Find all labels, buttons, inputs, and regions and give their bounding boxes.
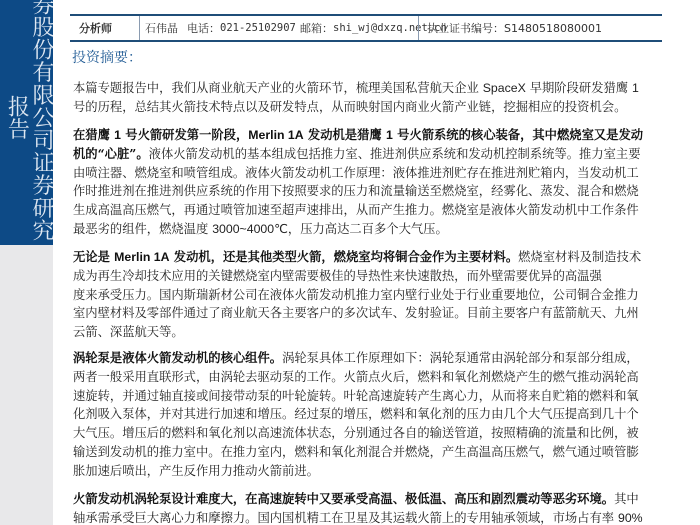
analyst-label: 分析师: [70, 16, 140, 40]
text-run: 号的历程，总结其火箭技术特点以及研发特点，从而映射国内商业火箭产业链，挖掘相应的…: [73, 100, 626, 114]
paragraph-turbopump-difficulty: 火箭发动机涡轮泵设计难度大，在高速旋转中又要承受高温、极低温、高压和剧烈震动等恶…: [73, 490, 648, 525]
paragraph-line: 由喷注器、燃烧室和喷管组成。液体火箭发动机工作原理：液体推进剂贮存在推进剂贮箱内…: [73, 164, 648, 183]
paragraph-line: 度来承受压力。国内斯瑞新材公司在液体火箭发动机推力室内壁行业处于行业重要地位，公…: [73, 286, 648, 305]
email-label: 邮箱：: [300, 20, 333, 36]
text-run: 生成高温高压燃气，再通过喷管加速至超声速排出，从而产生推力。燃烧室是液体火箭发动…: [73, 203, 639, 217]
paragraph-line: 速旋转，并通过轴直接或间接带动泵的叶轮旋转。叶轮高速旋转产生离心力，从而将来自贮…: [73, 387, 648, 406]
paragraph-line: 大气压。增压后的燃料和氧化剂以高速流体状态，分别通过各自的输送管道，按照精确的流…: [73, 424, 648, 443]
paragraph-line: 室内壁材料及零部件通过了商业航天各主要客户的多次试车、发射验证。目前主要客户有蓝…: [73, 304, 648, 323]
paragraph-line: 在猎鹰 1 号火箭研发第一阶段，Merlin 1A 发动机是猎鹰 1 号火箭系统…: [73, 126, 648, 145]
paragraph-line: 机的“心脏”。液体火箭发动机的基本组成包括推力室、推进剂供应系统和发动机控制系统…: [73, 145, 648, 164]
paragraph-line: 最恶劣的组件，燃烧温度 3000~4000℃，压力高达二百多个大气压。: [73, 220, 648, 239]
text-run: 液体火箭发动机的基本组成包括推力室、推进剂供应系统和发动机控制系统等。推力室主要: [149, 147, 641, 161]
paragraph-line: 涡轮泵是液体火箭发动机的核心组件。涡轮泵具体工作原理如下：涡轮泵通常由涡轮部分和…: [73, 349, 648, 368]
paragraph-line: 两者一般采用直联形式，由涡轮去驱动泵的工作。火箭点火后，燃料和氧化剂燃烧产生的燃…: [73, 368, 648, 387]
paragraph-line: 云箭、深蓝航天等。: [73, 323, 648, 342]
paragraph-line: 输送到发动机的推力室中。在推力室内，燃料和氧化剂混合并燃烧，产生高温高压燃气，燃…: [73, 443, 648, 462]
analyst-email-cell: 邮箱： shi_wj@dxzq.net.cn: [294, 16, 418, 40]
bold-text: 1: [114, 128, 121, 142]
paragraph-turbopump: 涡轮泵是液体火箭发动机的核心组件。涡轮泵具体工作原理如下：涡轮泵通常由涡轮部分和…: [73, 349, 648, 481]
paragraph-line: 作时推进剂在推进剂供应系统的作用下按照要求的压力和流量输送至燃烧室，经雾化、蒸发…: [73, 182, 648, 201]
text-run: 云箭、深蓝航天等。: [73, 325, 184, 339]
cert-number: S1480518080001: [504, 22, 602, 35]
paragraph-line: 化剂吸入泵体，并对其进行加速和增压。经过泵的增压，燃料和氧化剂的压力由几个大气压…: [73, 405, 648, 424]
cert-label: 执业证书编号：: [427, 20, 504, 36]
text-run: 1: [632, 81, 639, 95]
bold-text: 号火箭系统的核心装备，其中燃烧室又是发动: [393, 127, 643, 142]
phone-number: 021-25102907: [220, 22, 296, 34]
bold-text: 发动机，还是其他类型火箭，燃烧室均将铜合金作为主要材料。: [170, 249, 519, 264]
paragraph-line: 号的历程，总结其火箭技术特点以及研发特点，从而映射国内商业火箭产业链，挖掘相应的…: [73, 98, 648, 117]
analyst-info-bar: 分析师 石伟晶 电话： 021-25102907 邮箱： shi_wj@dxzq…: [70, 14, 662, 42]
paragraph-merlin-combustion-chamber: 在猎鹰 1 号火箭研发第一阶段，Merlin 1A 发动机是猎鹰 1 号火箭系统…: [73, 126, 648, 239]
paragraph-line: 生成高温高压燃气，再通过喷管加速至超声速排出，从而产生推力。燃烧室是液体火箭发动…: [73, 201, 648, 220]
text-run: 90%: [618, 511, 643, 525]
text-run: 速旋转，并通过轴直接或间接带动泵的叶轮旋转。叶轮高速旋转产生离心力，从而将来自贮…: [73, 389, 639, 403]
text-run: ，压力高达二百多个大气压。: [288, 222, 448, 236]
paragraph-line: 胀加速后喷出，产生反作用力推动火箭前进。: [73, 462, 648, 481]
text-run: 化剂吸入泵体，并对其进行加速和增压。经过泵的增压，燃料和氧化剂的压力由几个大气压…: [73, 407, 639, 421]
analyst-name: 石伟晶: [145, 20, 178, 36]
bold-text: 1: [386, 128, 393, 142]
bold-text: 涡轮泵是液体火箭发动机的核心组件。: [73, 350, 282, 365]
text-run: 室内壁材料及零部件通过了商业航天各主要客户的多次试车、发射验证。目前主要客户有蓝…: [73, 306, 639, 320]
text-run: 轴承需承受巨大离心力和摩擦力。国内国机精工在卫星及其运载火箭上的专用轴承领域，市…: [73, 511, 618, 525]
bold-text: 机的“心脏”。: [73, 146, 149, 161]
text-run: 度来承受压力。国内斯瑞新材公司在液体火箭发动机推力室内壁行业处于行业重要地位，公…: [73, 288, 639, 302]
paragraph-copper-alloy-material: 无论是 Merlin 1A 发动机，还是其他类型火箭，燃烧室均将铜合金作为主要材…: [73, 248, 648, 342]
text-run: 大气压。增压后的燃料和氧化剂以高速流体状态，分别通过各自的输送管道，按照精确的流…: [73, 426, 639, 440]
section-title-investment-summary: 投资摘要：: [72, 47, 142, 67]
text-run: 早期阶段研发猎鹰: [526, 81, 632, 95]
paragraph-line: 轴承需承受巨大离心力和摩擦力。国内国机精工在卫星及其运载火箭上的专用轴承领域，市…: [73, 509, 648, 525]
text-run: SpaceX: [483, 81, 526, 95]
paragraph-line: 本篇专题报告中，我们从商业航天产业的火箭环节，梳理美国私营航天企业 SpaceX…: [73, 79, 648, 98]
text-run: 燃烧室材料及制造技术: [518, 250, 641, 264]
paragraph-intro: 本篇专题报告中，我们从商业航天产业的火箭环节，梳理美国私营航天企业 SpaceX…: [73, 79, 648, 117]
text-run: 3000~4000℃: [212, 222, 288, 236]
text-run: 成为再生冷却技术应用的关键燃烧室内壁需要极佳的导热性来快速散热，而外壁需要优异的…: [73, 269, 602, 283]
sidebar-footer-panel: [0, 245, 53, 525]
paragraph-line: 火箭发动机涡轮泵设计难度大，在高速旋转中又要承受高温、极低温、高压和剧烈震动等恶…: [73, 490, 648, 509]
certificate-cell: 执业证书编号： S1480518080001: [418, 16, 662, 40]
text-run: 涡轮泵具体工作原理如下：涡轮泵通常由涡轮部分和泵部分组成，: [282, 351, 639, 365]
bold-text: 发动机是猎鹰: [304, 127, 386, 142]
report-sidebar-banner: 券股份有限公司证券研究报告: [0, 0, 53, 245]
analyst-contact: 石伟晶 电话： 021-25102907: [140, 16, 294, 40]
text-run: 其中: [614, 492, 639, 506]
text-run: 作时推进剂在推进剂供应系统的作用下按照要求的压力和流量输送至燃烧室，经雾化、蒸发…: [73, 184, 639, 198]
text-run: 两者一般采用直联形式，由涡轮去驱动泵的工作。火箭点火后，燃料和氧化剂燃烧产生的燃…: [73, 370, 639, 384]
bold-text: 在猎鹰: [73, 127, 114, 142]
text-run: 本篇专题报告中，我们从商业航天产业的火箭环节，梳理美国私营航天企业: [73, 81, 483, 95]
phone-label: 电话：: [187, 20, 220, 36]
paragraph-line: 成为再生冷却技术应用的关键燃烧室内壁需要极佳的导热性来快速散热，而外壁需要优异的…: [73, 267, 648, 286]
text-run: 最恶劣的组件，燃烧温度: [73, 222, 212, 236]
sidebar-vertical-text: 券股份有限公司证券研究报告: [0, 0, 53, 245]
bold-text: 号火箭研发第一阶段，: [121, 127, 248, 142]
bold-text: Merlin 1A: [248, 128, 303, 142]
text-run: 输送到发动机的推力室中。在推力室内，燃料和氧化剂混合并燃烧，产生高温高压燃气，燃…: [73, 445, 639, 459]
text-run: 胀加速后喷出，产生反作用力推动火箭前进。: [73, 464, 319, 478]
text-run: 由喷注器、燃烧室和喷管组成。液体火箭发动机工作原理：液体推进剂贮存在推进剂贮箱内…: [73, 166, 639, 180]
bold-text: 火箭发动机涡轮泵设计难度大，在高速旋转中又要承受高温、极低温、高压和剧烈震动等恶…: [73, 491, 614, 506]
bold-text: Merlin 1A: [114, 250, 169, 264]
bold-text: 无论是: [73, 249, 114, 264]
paragraph-line: 无论是 Merlin 1A 发动机，还是其他类型火箭，燃烧室均将铜合金作为主要材…: [73, 248, 648, 267]
